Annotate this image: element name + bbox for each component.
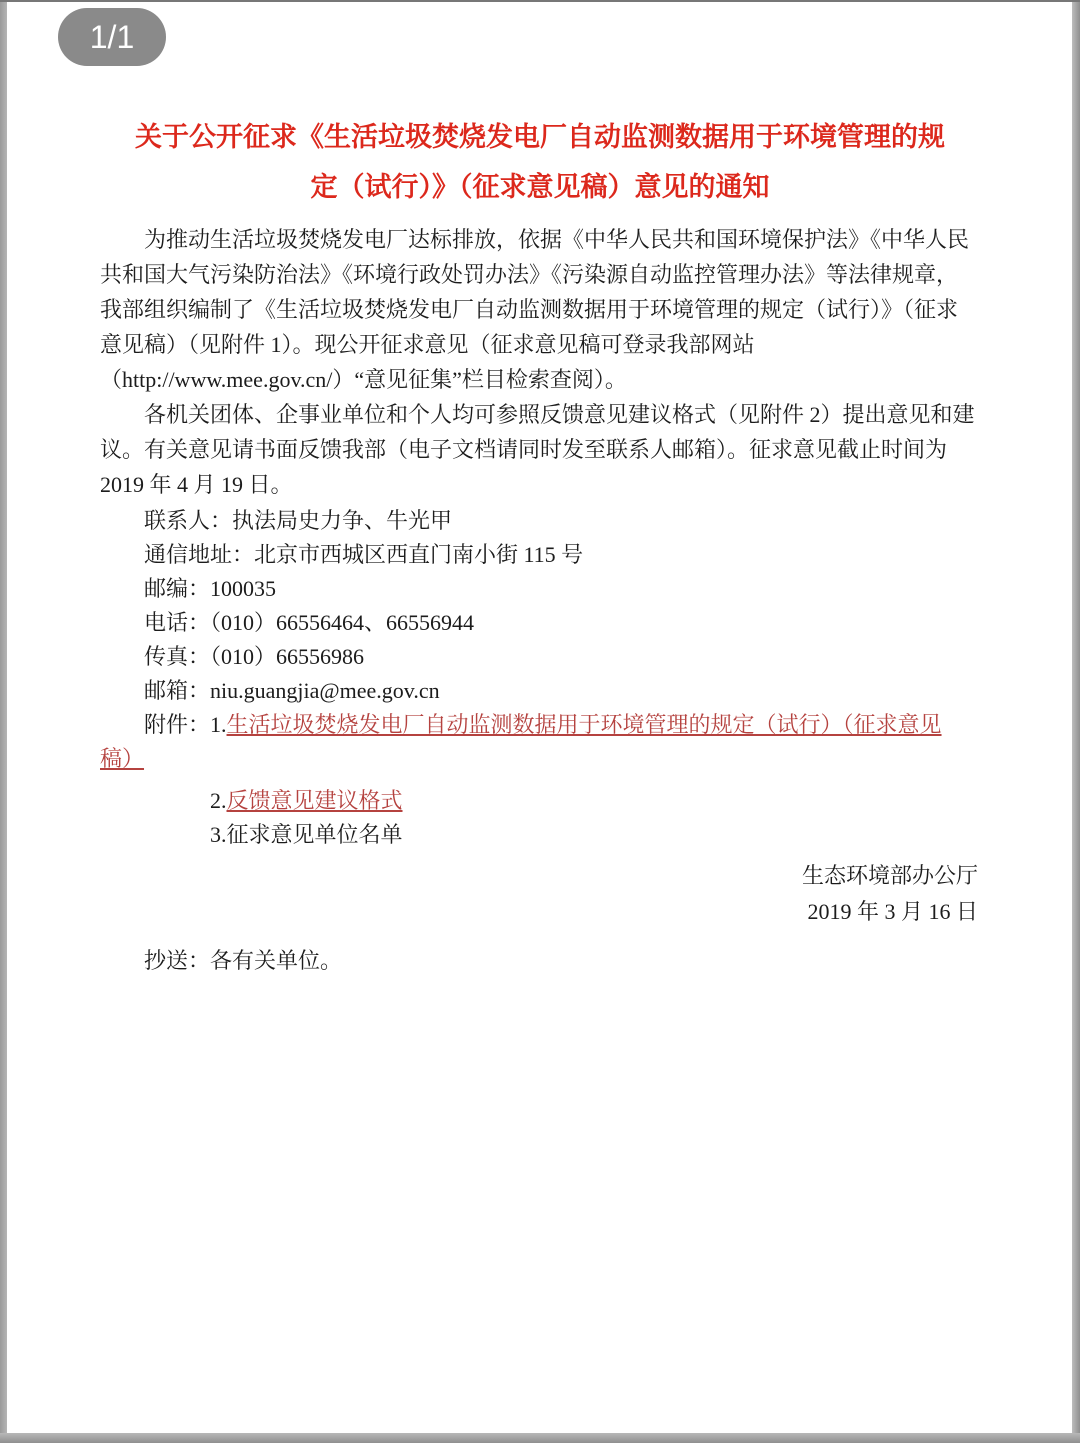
- attachment-item-1-wrap: 稿）: [100, 742, 980, 776]
- signature-date: 2019 年 3 月 16 日: [100, 894, 978, 930]
- contact-address-line: 通信地址：北京市西城区西直门南小街 115 号: [100, 538, 980, 572]
- contact-phone-line: 电话：（010）66556464、66556944: [100, 606, 980, 640]
- paragraph-1: 为推动生活垃圾焚烧发电厂达标排放，依据《中华人民共和国环境保护法》《中华人民 共…: [100, 222, 980, 397]
- attachment-3-text: 征求意见单位名单: [227, 822, 403, 847]
- contact-person-line: 联系人：执法局史力争、牛光甲: [100, 504, 980, 538]
- document-viewer: 关于公开征求《生活垃圾焚烧发电厂自动监测数据用于环境管理的规 定（试行）》（征求…: [0, 0, 1080, 1443]
- paragraph-1-line: （http://www.mee.gov.cn/）“意见征集”栏目检索查阅）。: [100, 362, 980, 397]
- attachment-link-1-continued[interactable]: 稿）: [100, 746, 144, 771]
- contact-info: 联系人：执法局史力争、牛光甲 通信地址：北京市西城区西直门南小街 115 号 邮…: [100, 504, 980, 708]
- attachments-section: 附件：1.生活垃圾焚烧发电厂自动监测数据用于环境管理的规定（试行）（征求意见 稿…: [100, 708, 980, 852]
- document-title-line-1: 关于公开征求《生活垃圾焚烧发电厂自动监测数据用于环境管理的规: [100, 112, 980, 162]
- attachments-label: 附件：: [144, 712, 210, 737]
- paragraph-1-line: 为推动生活垃圾焚烧发电厂达标排放，依据《中华人民共和国环境保护法》《中华人民: [100, 222, 980, 257]
- page-indicator-text: 1/1: [90, 19, 134, 56]
- paragraph-1-line: 共和国大气污染防治法》《环境行政处罚办法》《污染源自动监控管理办法》等法律规章，: [100, 257, 980, 292]
- contact-postcode-line: 邮编：100035: [100, 572, 980, 606]
- document-title: 关于公开征求《生活垃圾焚烧发电厂自动监测数据用于环境管理的规 定（试行）》（征求…: [100, 112, 980, 212]
- paragraph-2-line: 各机关团体、企事业单位和个人均可参照反馈意见建议格式（见附件 2）提出意见和建: [100, 397, 980, 432]
- signature-block: 生态环境部办公厅 2019 年 3 月 16 日: [100, 858, 980, 930]
- attachment-3-number: 3.: [210, 822, 227, 847]
- paragraph-2-line: 议。有关意见请书面反馈我部（电子文档请同时发至联系人邮箱）。征求意见截止时间为: [100, 432, 980, 467]
- contact-email-line: 邮箱：niu.guangjia@mee.gov.cn: [100, 674, 980, 708]
- attachment-2-number: 2.: [210, 788, 227, 813]
- paragraph-2: 各机关团体、企事业单位和个人均可参照反馈意见建议格式（见附件 2）提出意见和建 …: [100, 397, 980, 502]
- attachment-link-2[interactable]: 反馈意见建议格式: [227, 788, 403, 813]
- attachment-item-1: 附件：1.生活垃圾焚烧发电厂自动监测数据用于环境管理的规定（试行）（征求意见: [100, 708, 980, 742]
- attachment-link-1[interactable]: 生活垃圾焚烧发电厂自动监测数据用于环境管理的规定（试行）（征求意见: [227, 712, 942, 737]
- page-indicator-badge: 1/1: [58, 8, 166, 66]
- document-page: 关于公开征求《生活垃圾焚烧发电厂自动监测数据用于环境管理的规 定（试行）》（征求…: [0, 2, 1080, 1443]
- document-title-line-2: 定（试行）》（征求意见稿）意见的通知: [100, 162, 980, 212]
- paragraph-2-line: 2019 年 4 月 19 日。: [100, 467, 980, 502]
- paragraph-1-line: 意见稿）（见附件 1）。现公开征求意见（征求意见稿可登录我部网站: [100, 327, 980, 362]
- cc-line: 抄送：各有关单位。: [100, 944, 980, 978]
- paragraph-1-line: 我部组织编制了《生活垃圾焚烧发电厂自动监测数据用于环境管理的规定（试行）》（征求: [100, 292, 980, 327]
- attachment-item-3: 3.征求意见单位名单: [100, 818, 980, 852]
- contact-fax-line: 传真：（010）66556986: [100, 640, 980, 674]
- signature-organization: 生态环境部办公厅: [100, 858, 978, 894]
- attachment-item-2: 2.反馈意见建议格式: [100, 784, 980, 818]
- attachment-1-number: 1.: [210, 712, 227, 737]
